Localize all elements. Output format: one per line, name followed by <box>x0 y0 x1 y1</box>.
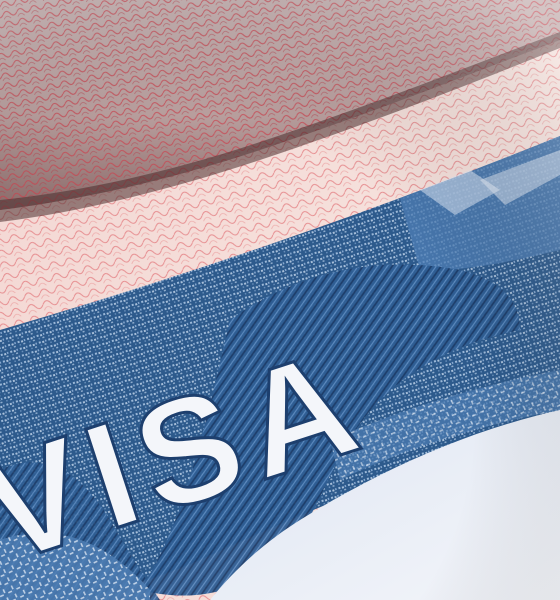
visa-scene: VISA <box>0 0 560 600</box>
visa-photo: VISA <box>0 0 560 600</box>
